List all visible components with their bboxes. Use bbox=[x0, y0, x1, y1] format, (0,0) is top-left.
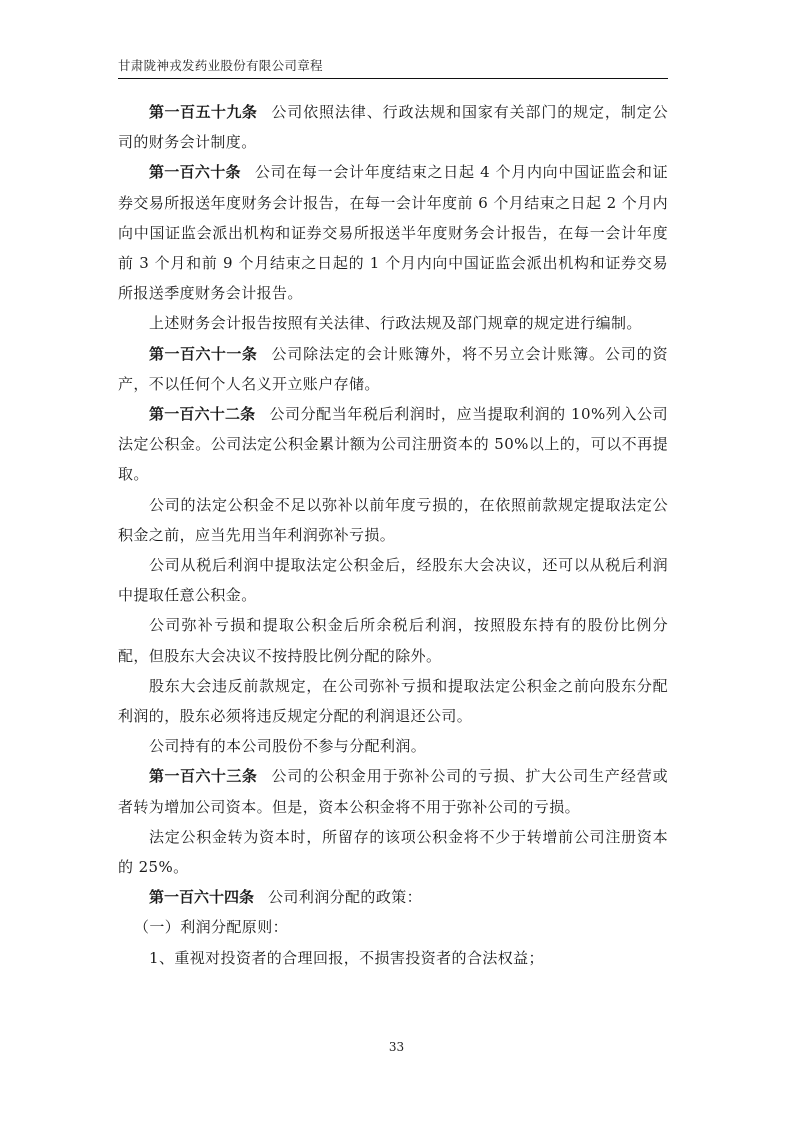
article-heading: 第一百六十一条 bbox=[149, 345, 257, 363]
article-164: 第一百六十四条公司利润分配的政策： bbox=[118, 882, 668, 912]
article-159: 第一百五十九条公司依照法律、行政法规和国家有关部门的规定，制定公司的财务会计制度… bbox=[118, 97, 668, 157]
article-163: 第一百六十三条公司的公积金用于弥补公司的亏损、扩大公司生产经营或者转为增加公司资… bbox=[118, 761, 668, 821]
paragraph: 法定公积金转为资本时，所留存的该项公积金将不少于转增前公司注册资本的 25%。 bbox=[118, 822, 668, 882]
list-item: 1、重视对投资者的合理回报，不损害投资者的合法权益； bbox=[118, 943, 668, 973]
paragraph: 上述财务会计报告按照有关法律、行政法规及部门规章的规定进行编制。 bbox=[118, 308, 668, 338]
article-161: 第一百六十一条公司除法定的会计账簿外，将不另立会计账簿。公司的资产，不以任何个人… bbox=[118, 339, 668, 399]
paragraph: 公司持有的本公司股份不参与分配利润。 bbox=[118, 731, 668, 761]
article-160: 第一百六十条公司在每一会计年度结束之日起 4 个月内向中国证监会和证券交易所报送… bbox=[118, 157, 668, 308]
article-heading: 第一百六十四条 bbox=[149, 888, 254, 906]
paragraph: 公司从税后利润中提取法定公积金后，经股东大会决议，还可以从税后利润中提取任意公积… bbox=[118, 550, 668, 610]
paragraph: 公司弥补亏损和提取公积金后所余税后利润，按照股东持有的股份比例分配，但股东大会决… bbox=[118, 610, 668, 670]
article-heading: 第一百六十条 bbox=[149, 163, 241, 181]
document-body: 第一百五十九条公司依照法律、行政法规和国家有关部门的规定，制定公司的财务会计制度… bbox=[118, 97, 668, 973]
article-text: 公司在每一会计年度结束之日起 4 个月内向中国证监会和证券交易所报送年度财务会计… bbox=[118, 163, 668, 302]
article-heading: 第一百五十九条 bbox=[149, 103, 257, 121]
article-heading: 第一百六十三条 bbox=[149, 767, 257, 785]
sub-heading: （一）利润分配原则： bbox=[118, 912, 668, 942]
page-number: 33 bbox=[0, 1040, 793, 1054]
article-text: 公司利润分配的政策： bbox=[268, 888, 422, 906]
paragraph: 公司的法定公积金不足以弥补以前年度亏损的，在依照前款规定提取法定公积金之前，应当… bbox=[118, 490, 668, 550]
paragraph: 股东大会违反前款规定，在公司弥补亏损和提取法定公积金之前向股东分配利润的，股东必… bbox=[118, 671, 668, 731]
running-header: 甘肃陇神戎发药业股份有限公司章程 bbox=[118, 56, 668, 79]
article-heading: 第一百六十二条 bbox=[149, 405, 255, 423]
article-162: 第一百六十二条公司分配当年税后利润时，应当提取利润的 10%列入公司法定公积金。… bbox=[118, 399, 668, 490]
